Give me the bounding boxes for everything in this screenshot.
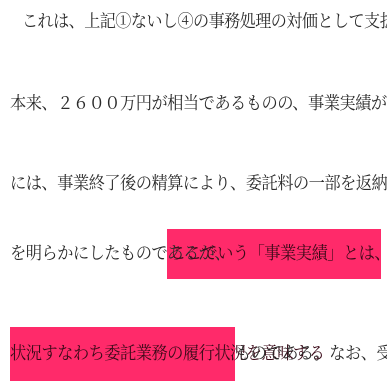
text-line-4-highlighted: ここでいう「事業実績」とは、事業の実施 (170, 240, 387, 268)
text-line-3: には、事業終了後の精算により、委託料の一部を返納させることがある旨 (10, 170, 387, 198)
text-line-1: これは、上記①ないし④の事務処理の対価として支払うべき委託料は、 (22, 8, 387, 36)
text-line-5-plain: ものである。なお、受託者が (235, 340, 387, 368)
text-line-2: 本来、２６００万円が相当であるものの、事業実績がこれに満たない場合 (10, 90, 387, 118)
